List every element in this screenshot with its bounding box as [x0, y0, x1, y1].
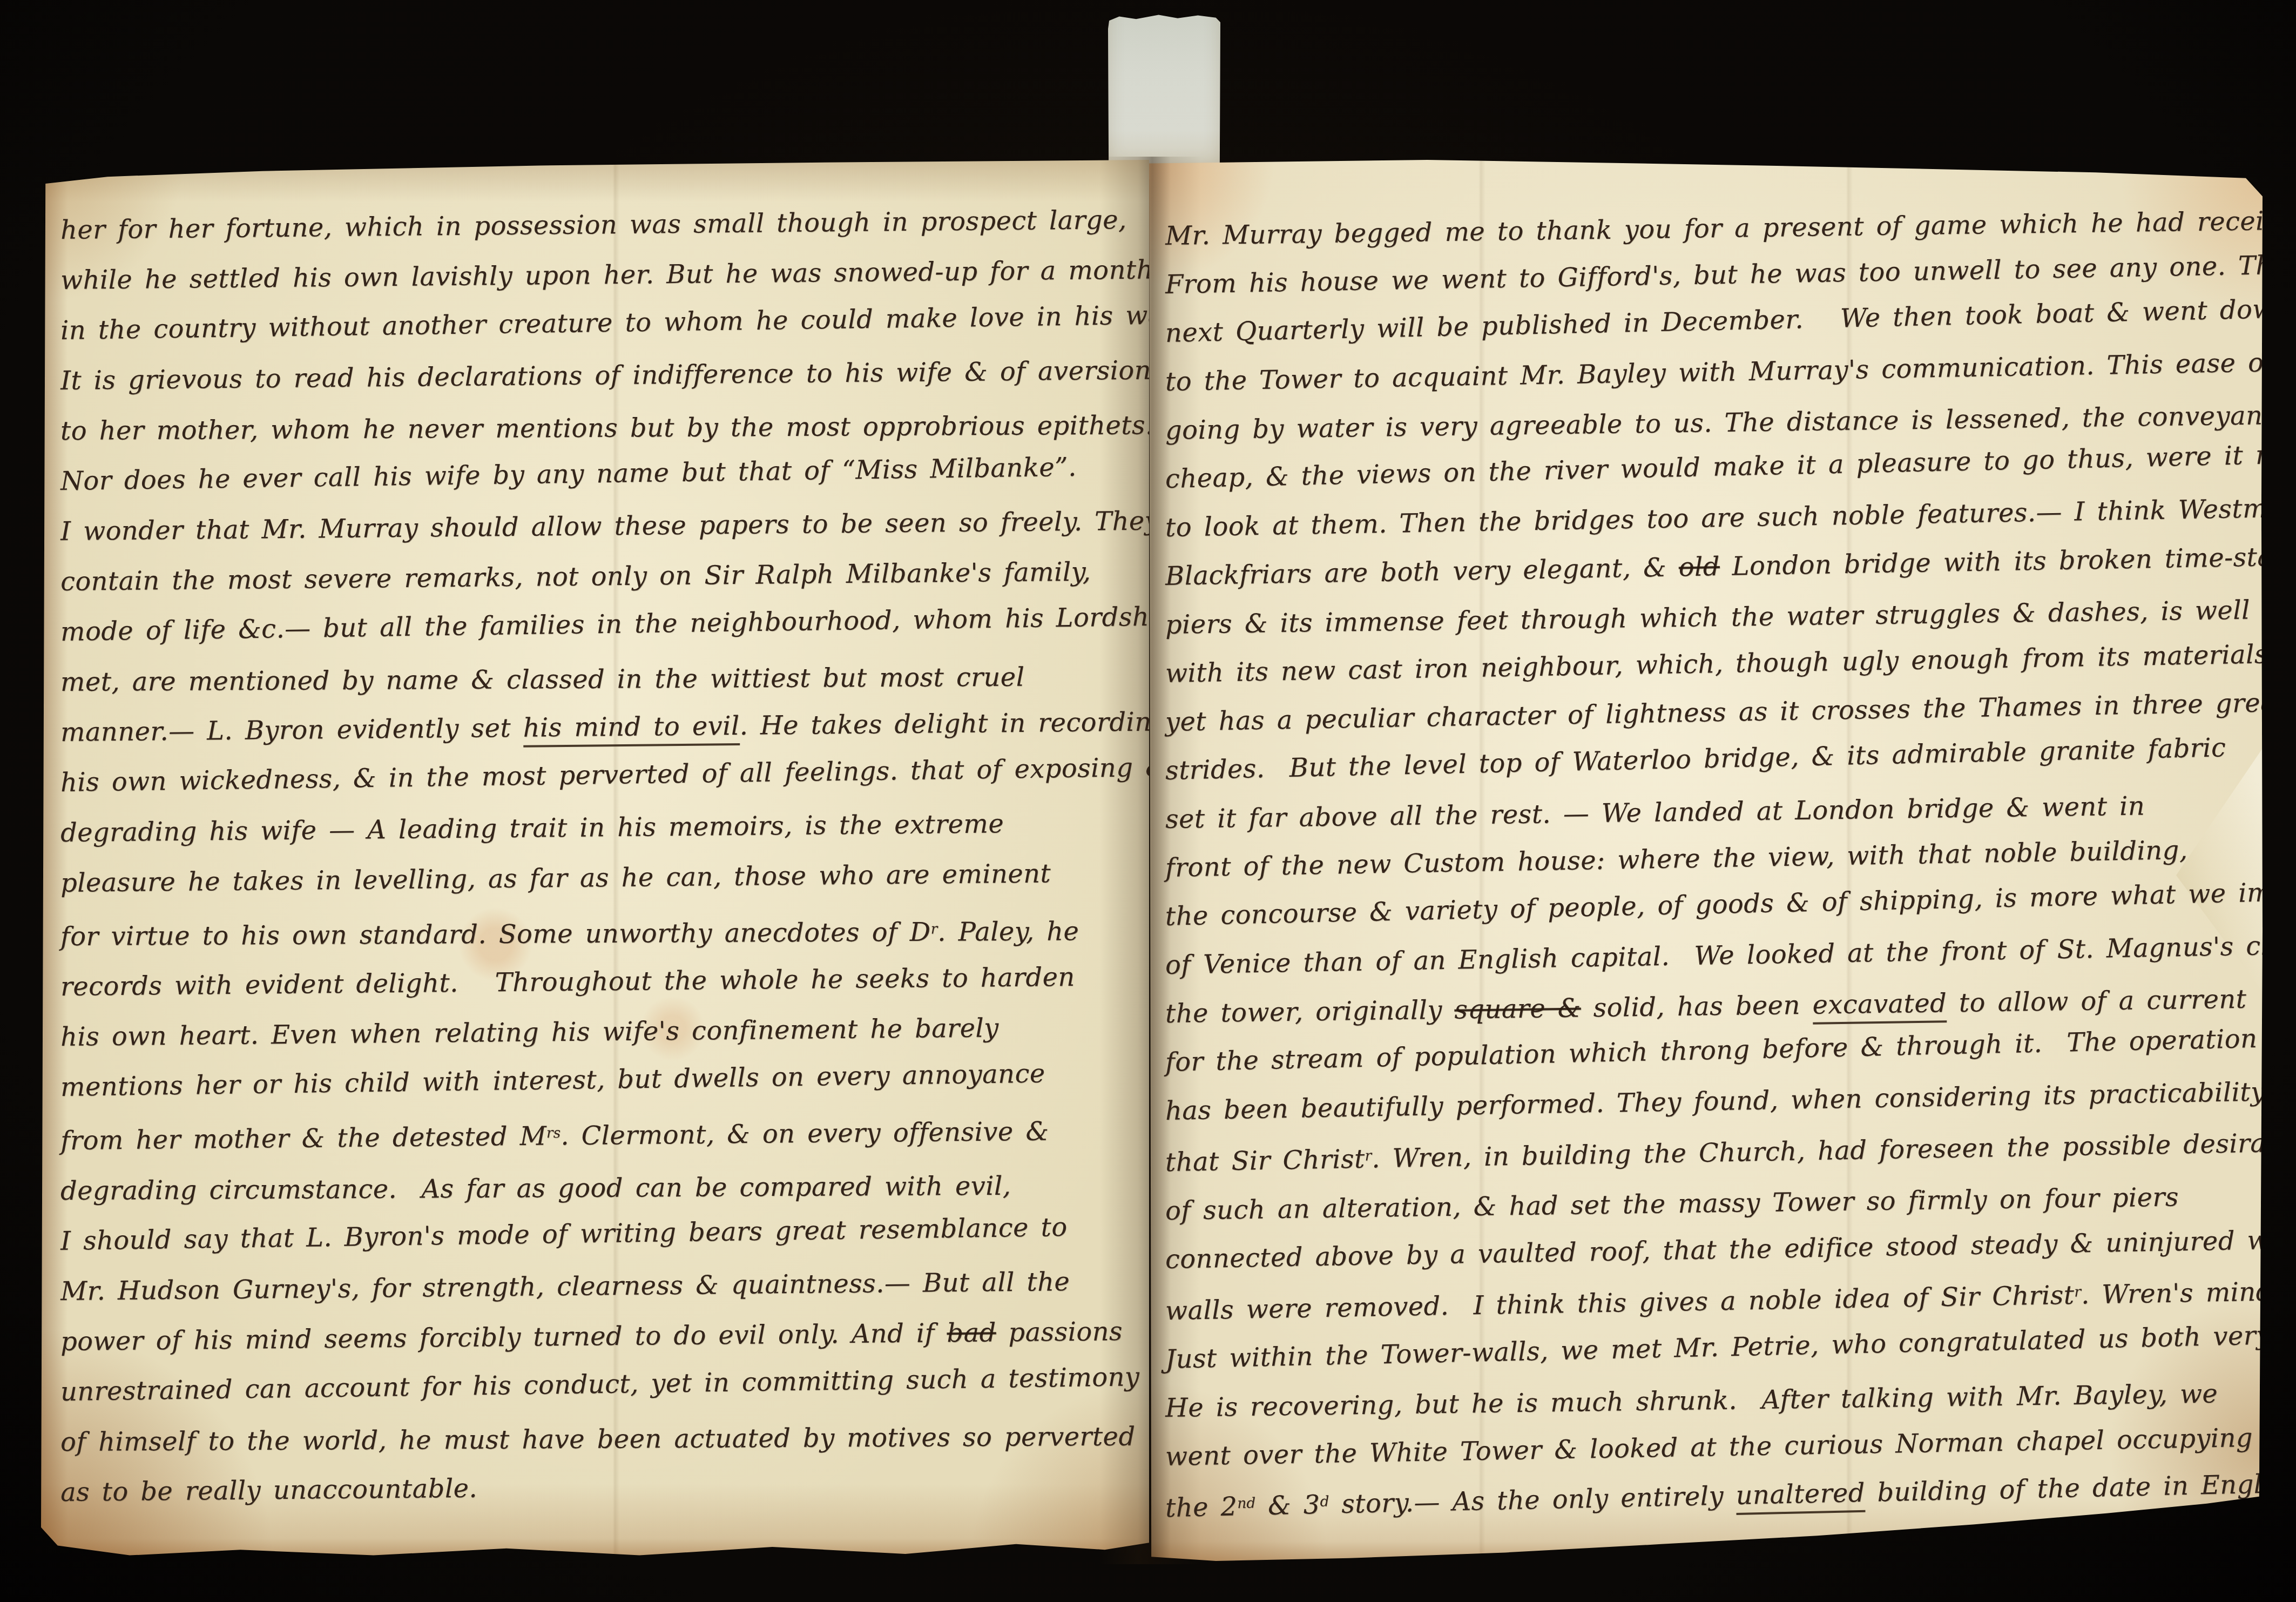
- left-page-text: her for her fortune, which in possession…: [41, 160, 1149, 1561]
- right-page: Mr. Murray begged me to thank you for a …: [1149, 160, 2263, 1561]
- bookmark-tab: [1108, 14, 1220, 179]
- handwritten-line: It is grievous to read his declarations …: [60, 346, 1131, 406]
- handwritten-line: as to be really unaccountable.: [60, 1457, 1131, 1518]
- handwritten-line: pleasure he takes in levelling, as far a…: [60, 848, 1131, 908]
- left-page: her for her fortune, which in possession…: [41, 160, 1149, 1561]
- handwritten-line: from her mother & the detested Mrs. Cler…: [60, 1102, 1131, 1166]
- photographed-letter: her for her fortune, which in possession…: [0, 0, 2296, 1602]
- right-page-text: Mr. Murray begged me to thank you for a …: [1149, 160, 2263, 1561]
